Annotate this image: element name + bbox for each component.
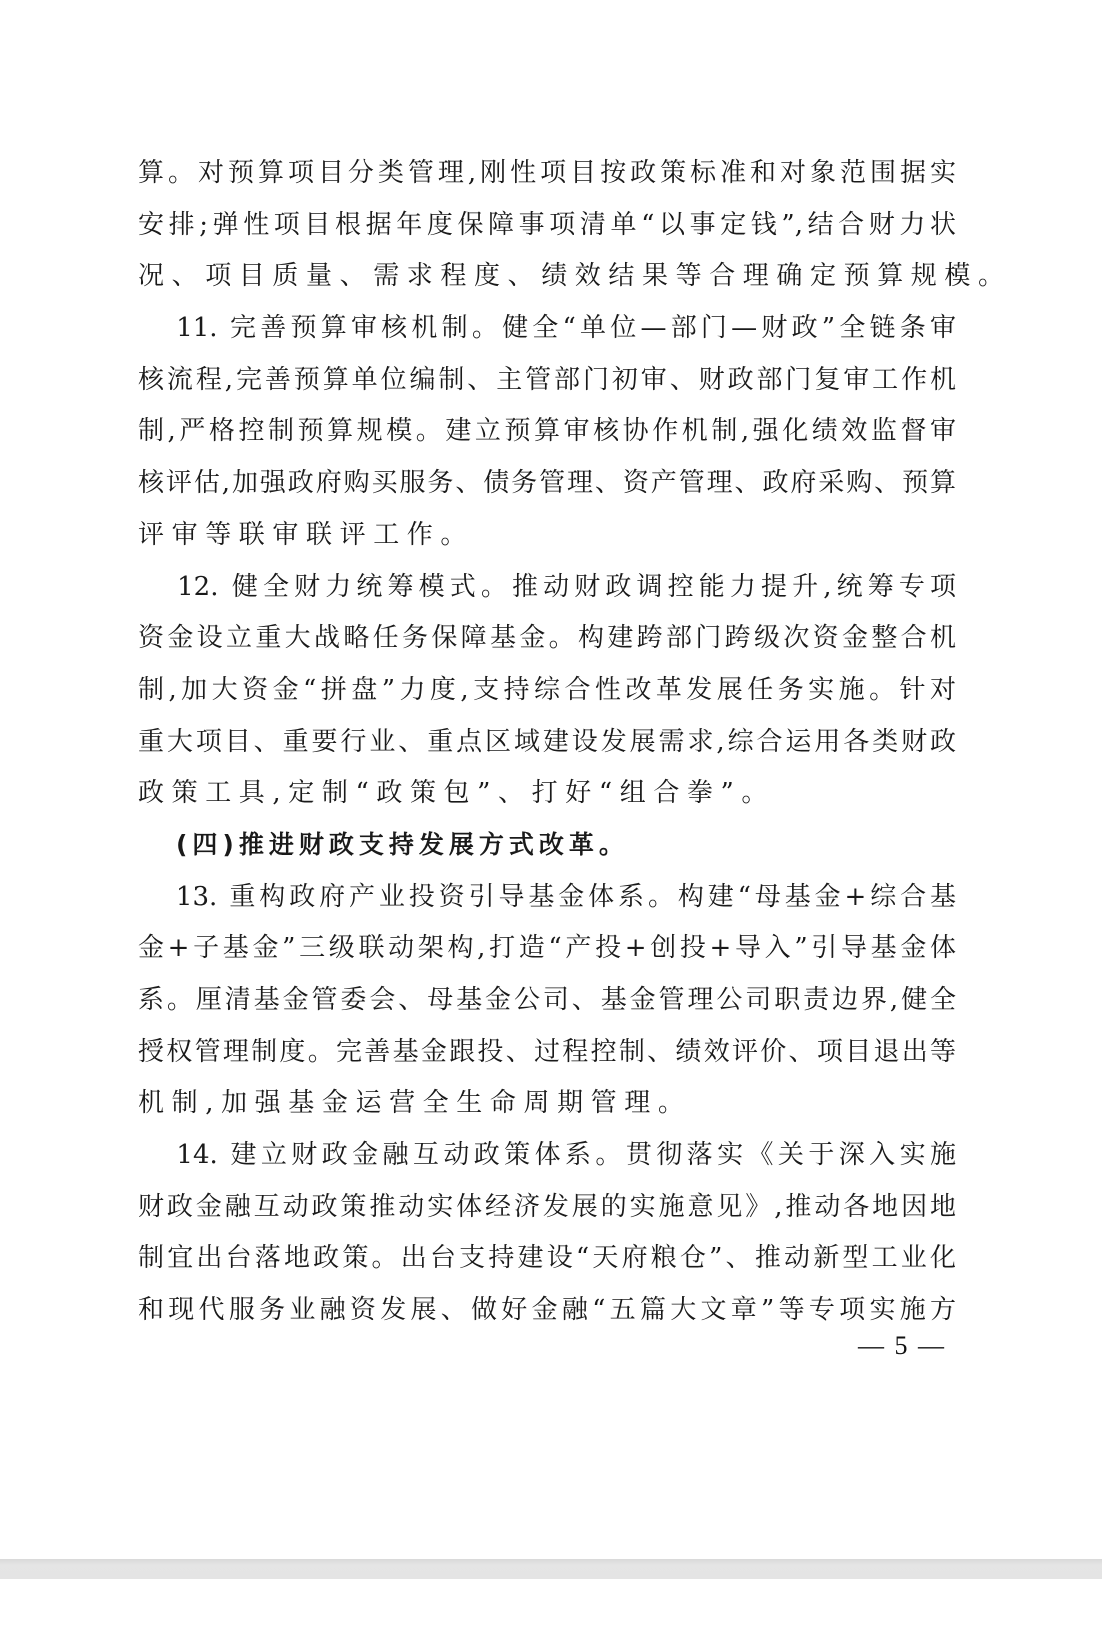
next-page-top [0,1579,1102,1640]
section-heading: (四)推进财政支持发展方式改革。 [138,824,956,876]
item-14-heading-line: 14. 建立财政金融互动政策体系。贯彻落实《关于深入实施 [138,1134,956,1186]
page-number: — 5 — [852,1328,952,1364]
item-12-heading-line: 12. 健全财力统筹模式。推动财政调控能力提升,统筹专项 [138,566,956,618]
text-line: 核评估,加强政府购买服务、债务管理、资产管理、政府采购、预算 [138,462,956,514]
text-line: 制,严格控制预算规模。建立预算审核协作机制,强化绩效监督审 [138,410,956,462]
text-line: 制,加大资金“拼盘”力度,支持综合性改革发展任务实施。针对 [138,669,956,721]
text-line: 机制,加强基金运营全生命周期管理。 [138,1082,956,1134]
page-separator [0,1559,1102,1579]
text-line: 况、项目质量、需求程度、绩效结果等合理确定预算规模。 [138,255,956,307]
text-line: 制宜出台落地政策。出台支持建设“天府粮仓”、推动新型工业化 [138,1237,956,1289]
item-11-heading-line: 11. 完善预算审核机制。健全“单位—部门—财政”全链条审 [138,307,956,359]
text-line: 金+子基金”三级联动架构,打造“产投+创投+导入”引导基金体 [138,927,956,979]
text-line: 算。对预算项目分类管理,刚性项目按政策标准和对象范围据实 [138,152,956,204]
text-line: 财政金融互动政策推动实体经济发展的实施意见》,推动各地因地 [138,1186,956,1238]
document-body: 算。对预算项目分类管理,刚性项目按政策标准和对象范围据实 安排;弹性项目根据年度… [138,152,956,1341]
text-line: 授权管理制度。完善基金跟投、过程控制、绩效评价、项目退出等 [138,1031,956,1083]
text-line: 政策工具,定制“政策包”、打好“组合拳”。 [138,772,956,824]
text-line: 安排;弹性项目根据年度保障事项清单“以事定钱”,结合财力状 [138,204,956,256]
text-line: 评审等联审联评工作。 [138,514,956,566]
text-line: 重大项目、重要行业、重点区域建设发展需求,综合运用各类财政 [138,721,956,773]
document-page: 算。对预算项目分类管理,刚性项目按政策标准和对象范围据实 安排;弹性项目根据年度… [0,0,1102,1558]
text-line: 资金设立重大战略任务保障基金。构建跨部门跨级次资金整合机 [138,617,956,669]
item-13-heading-line: 13. 重构政府产业投资引导基金体系。构建“母基金+综合基 [138,876,956,928]
text-line: 和现代服务业融资发展、做好金融“五篇大文章”等专项实施方 [138,1289,956,1341]
text-line: 核流程,完善预算单位编制、主管部门初审、财政部门复审工作机 [138,359,956,411]
text-line: 系。厘清基金管委会、母基金公司、基金管理公司职责边界,健全 [138,979,956,1031]
